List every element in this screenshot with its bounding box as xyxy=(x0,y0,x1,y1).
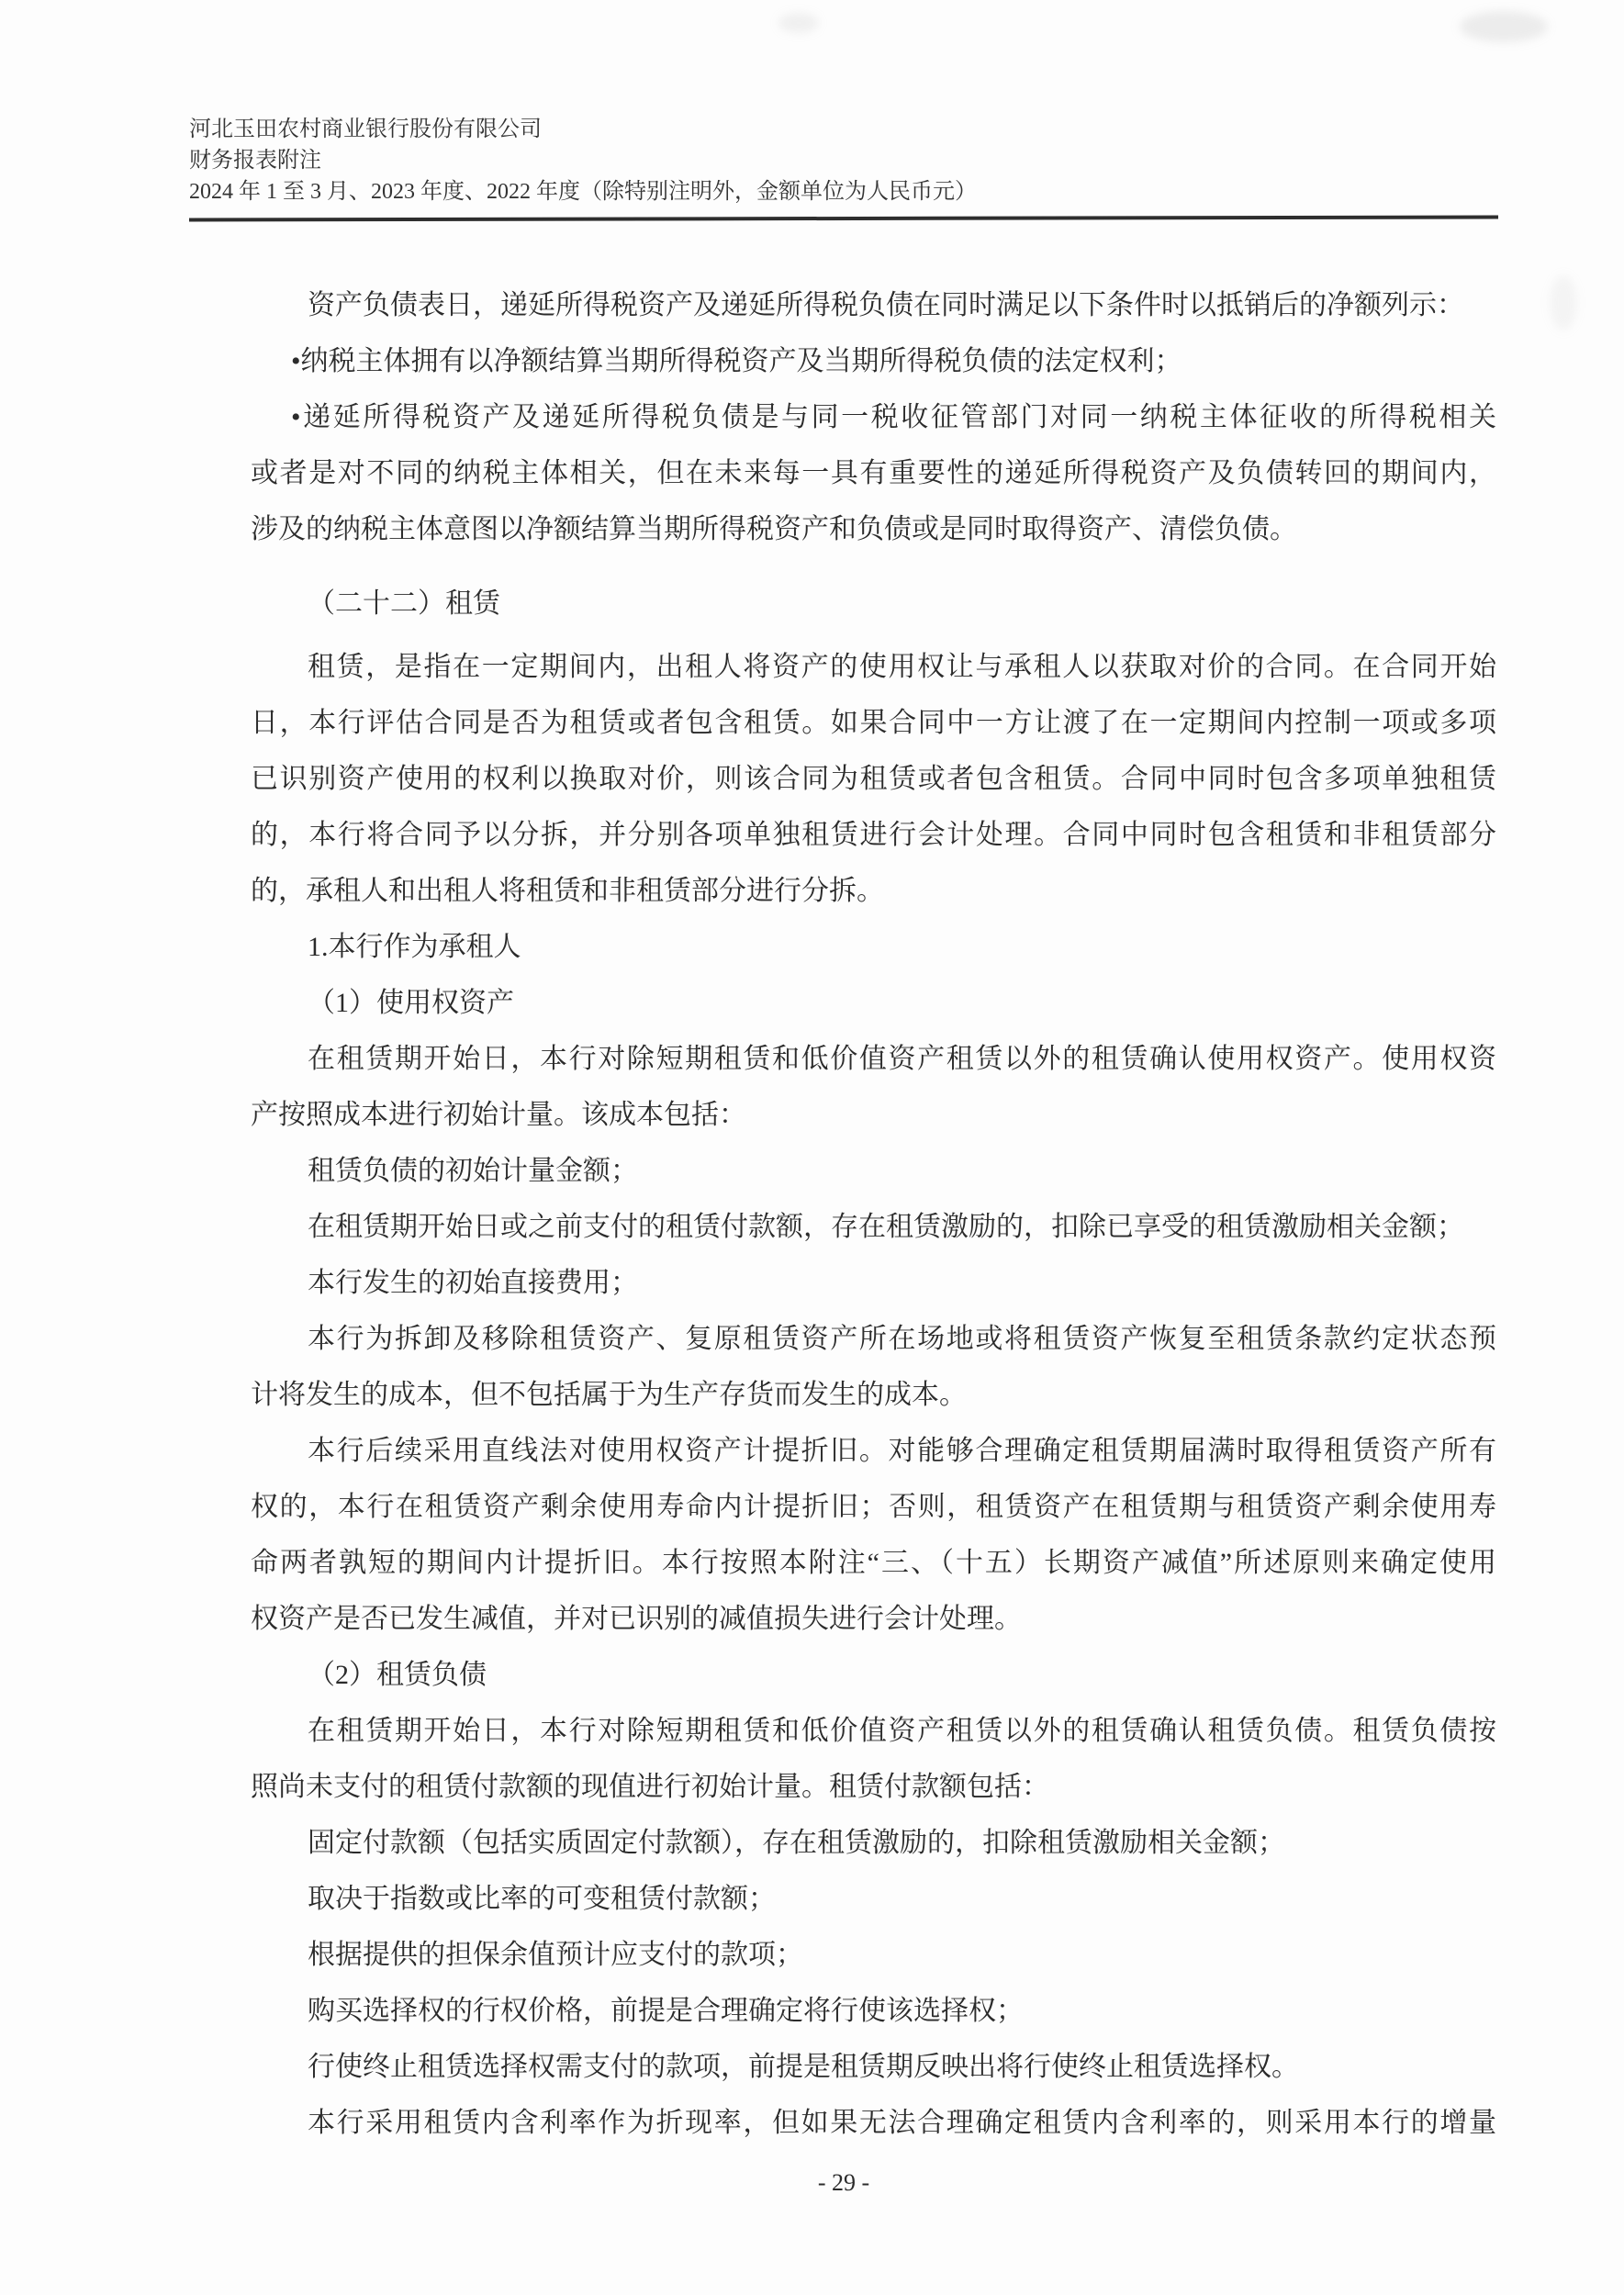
list-item: 在租赁期开始日或之前支付的租赁付款额，存在租赁激励的，扣除已享受的租赁激励相关金… xyxy=(251,1199,1496,1255)
paragraph-line: 权资产是否已发生减值，并对已识别的减值损失进行会计处理。 xyxy=(251,1591,1496,1647)
paragraph-line: 本行后续采用直线法对使用权资产计提折旧。对能够合理确定租赁期届满时取得租赁资产所… xyxy=(251,1423,1496,1479)
paragraph-line: 在租赁期开始日，本行对除短期租赁和低价值资产租赁以外的租赁确认租赁负债。租赁负债… xyxy=(251,1703,1496,1759)
paragraph-line: 或者是对不同的纳税主体相关，但在未来每一具有重要性的递延所得税资产及负债转回的期… xyxy=(251,445,1496,501)
list-item: 购买选择权的行权价格，前提是合理确定将行使该选择权； xyxy=(251,1983,1496,2039)
bullet-item: •递延所得税资产及递延所得税负债是与同一税收征管部门对同一纳税主体征收的所得税相… xyxy=(251,389,1496,445)
paragraph-line: 命两者孰短的期间内计提折旧。本行按照本附注“三、（十五）长期资产减值”所述原则来… xyxy=(251,1535,1496,1591)
section-heading: （二十二）租赁 xyxy=(251,576,1496,632)
paragraph-line: 的，本行将合同予以分拆，并分别各项单独租赁进行会计处理。合同中同时包含租赁和非租… xyxy=(251,807,1496,863)
paragraph-line: 照尚未支付的租赁付款额的现值进行初始计量。租赁付款额包括： xyxy=(251,1759,1496,1815)
paragraph-line: 产按照成本进行初始计量。该成本包括： xyxy=(251,1087,1496,1143)
list-item: 根据提供的担保余值预计应支付的款项； xyxy=(251,1927,1496,1983)
paragraph-line: 资产负债表日，递延所得税资产及递延所得税负债在同时满足以下条件时以抵销后的净额列… xyxy=(251,277,1496,333)
paragraph-line: 计将发生的成本，但不包括属于为生产存货而发生的成本。 xyxy=(251,1367,1496,1423)
document-title: 财务报表附注 xyxy=(189,145,1498,176)
page-header: 河北玉田农村商业银行股份有限公司 财务报表附注 2024 年 1 至 3 月、2… xyxy=(189,114,1498,207)
subsection-heading: 1.本行作为承租人 xyxy=(251,919,1496,975)
scanned-document-page: 河北玉田农村商业银行股份有限公司 财务报表附注 2024 年 1 至 3 月、2… xyxy=(0,0,1624,2295)
list-item: 本行为拆卸及移除租赁资产、复原租赁资产所在场地或将租赁资产恢复至租赁条款约定状态… xyxy=(251,1311,1496,1367)
paragraph-line: 租赁，是指在一定期间内，出租人将资产的使用权让与承租人以获取对价的合同。在合同开… xyxy=(251,639,1496,695)
paragraph-line: 在租赁期开始日，本行对除短期租赁和低价值资产租赁以外的租赁确认使用权资产。使用权… xyxy=(251,1031,1496,1087)
scan-smudge xyxy=(1550,275,1577,330)
paragraph-line: 的，承租人和出租人将租赁和非租赁部分进行分拆。 xyxy=(251,863,1496,919)
paragraph-line: 涉及的纳税主体意图以净额结算当期所得税资产和负债或是同时取得资产、清偿负债。 xyxy=(251,501,1496,557)
paragraph-line: 本行采用租赁内含利率作为折现率，但如果无法合理确定租赁内含利率的，则采用本行的增… xyxy=(251,2095,1496,2151)
scan-smudge xyxy=(778,13,819,33)
paragraph-line: 日，本行评估合同是否为租赁或者包含租赁。如果合同中一方让渡了在一定期间内控制一项… xyxy=(251,695,1496,751)
company-name: 河北玉田农村商业银行股份有限公司 xyxy=(189,114,1498,145)
subsection-heading: （2）租赁负债 xyxy=(251,1647,1496,1703)
bullet-item: •纳税主体拥有以净额结算当期所得税资产及当期所得税负债的法定权利； xyxy=(251,333,1496,389)
subsection-heading: （1）使用权资产 xyxy=(251,975,1496,1031)
page-number: - 29 - xyxy=(818,2169,869,2196)
list-item: 行使终止租赁选择权需支付的款项，前提是租赁期反映出将行使终止租赁选择权。 xyxy=(251,2039,1496,2095)
list-item: 取决于指数或比率的可变租赁付款额； xyxy=(251,1871,1496,1927)
list-item: 固定付款额（包括实质固定付款额），存在租赁激励的，扣除租赁激励相关金额； xyxy=(251,1815,1496,1871)
reporting-period-line: 2024 年 1 至 3 月、2023 年度、2022 年度（除特别注明外，金额… xyxy=(189,176,1498,207)
document-body: 资产负债表日，递延所得税资产及递延所得税负债在同时满足以下条件时以抵销后的净额列… xyxy=(251,277,1496,2151)
paragraph-line: 权的，本行在租赁资产剩余使用寿命内计提折旧；否则，租赁资产在租赁期与租赁资产剩余… xyxy=(251,1479,1496,1535)
paragraph-line: 已识别资产使用的权利以换取对价，则该合同为租赁或者包含租赁。合同中同时包含多项单… xyxy=(251,751,1496,807)
list-item: 租赁负债的初始计量金额； xyxy=(251,1143,1496,1199)
page-footer: - 29 - xyxy=(189,2169,1498,2197)
scan-smudge xyxy=(1460,11,1548,42)
list-item: 本行发生的初始直接费用； xyxy=(251,1255,1496,1311)
header-divider-rule xyxy=(189,216,1498,222)
